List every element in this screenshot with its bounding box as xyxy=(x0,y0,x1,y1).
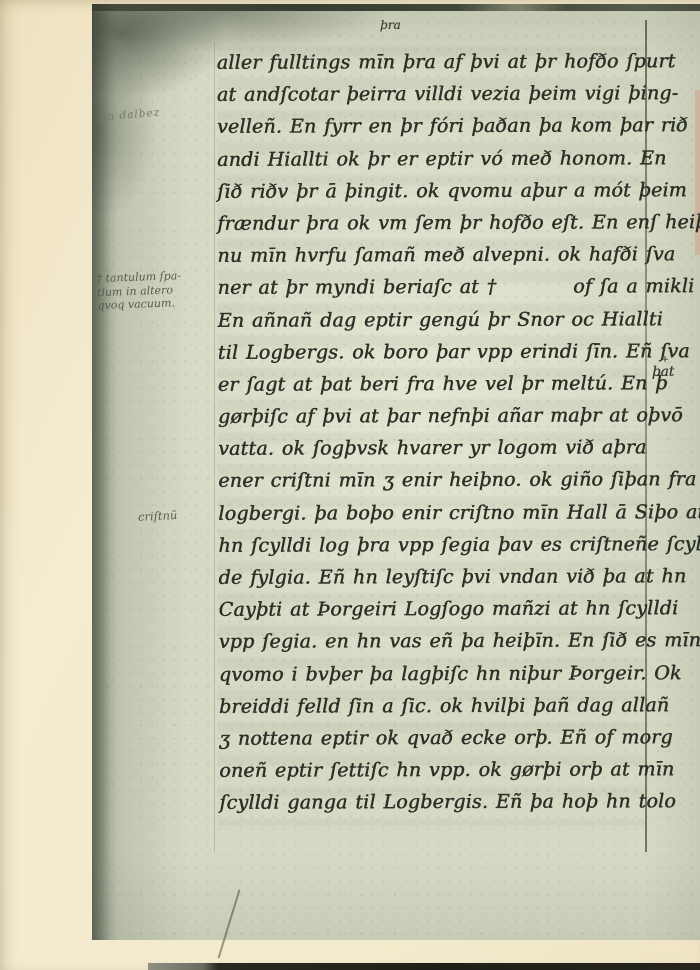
facsimile-page: þra aller fulltings mīn þra af þvi at þr… xyxy=(0,0,700,970)
manuscript-line: aller fulltings mīn þra af þvi at þr hof… xyxy=(217,45,645,79)
photo-top-edge xyxy=(92,4,700,11)
manuscript-line: er ſagt at þat beri fra hve vel þr meltú… xyxy=(218,367,646,401)
manuscript-line: logbergi. þa boþo enir criſtno mīn Hall … xyxy=(218,496,646,530)
manuscript-line: ſið riðv þr ā þingit. ok qvomu aþur a mó… xyxy=(217,174,645,208)
manuscript-line: de fylgia. Eñ hn leyſtiſc þvi vndan við … xyxy=(218,560,646,594)
manuscript-line: at andſcotar þeirra villdi vezia þeim vi… xyxy=(217,77,645,111)
marginal-note-that: + þat xyxy=(652,364,674,380)
manuscript-line: til Logbergs. ok boro þar vpp erindi ſīn… xyxy=(218,335,646,369)
manuscript-line: oneñ eptir ſettiſc hn vpp. ok gørþi orþ … xyxy=(219,753,647,787)
marginal-note-that-word: þat xyxy=(652,364,674,380)
manuscript-line: vatta. ok ſogþvsk hvarer yr logom við aþ… xyxy=(218,432,646,466)
manuscript-line: ſcylldi ganga til Logbergis. Eñ þa hoþ h… xyxy=(219,786,647,820)
manuscript-line: En añnañ dag eptir gengú þr Snor oc Hial… xyxy=(218,303,646,337)
manuscript-line: andi Hiallti ok þr er eptir vó með honom… xyxy=(217,142,645,176)
manuscript-line: ʒ nottena eptir ok qvað ecke orþ. Eñ of … xyxy=(219,721,647,755)
manuscript-line: frændur þra ok vm ſem þr hofðo eſt. En e… xyxy=(217,206,645,240)
manuscript-line: nu mīn hvrfu ſamañ með alvepni. ok hafði… xyxy=(217,238,645,272)
marginal-note-pencil: þa dalbez xyxy=(100,100,231,123)
interlinear-gloss: þra xyxy=(380,18,401,32)
gutter-shadow xyxy=(92,4,118,940)
manuscript-line: ner at þr myndi beriaſc at † of ſa a mik… xyxy=(217,271,645,305)
marginal-note-cristnu: criſtnū xyxy=(138,508,178,524)
cross-mark-icon: + xyxy=(661,355,669,365)
manuscript-line: breiddi felld ſin a ſic. ok hvilþi þañ d… xyxy=(219,689,647,723)
manuscript-line: Cayþti at Þorgeiri Logſogo mañzi at hn ſ… xyxy=(219,592,647,626)
next-plate-edge xyxy=(148,963,700,970)
manuscript-line: qvomo i bvþer þa lagþiſc hn niþur Þorgei… xyxy=(219,657,647,691)
marginal-note-latin: † tantulum ſpa- tium in altero qvoq vacu… xyxy=(96,268,217,313)
manuscript-line: hn ſcylldi log þra vpp ſegia þav es criſ… xyxy=(218,528,646,562)
manuscript-line: ener criſtni mīn ʒ enir heiþno. ok giño … xyxy=(218,464,646,498)
manuscript-line: vpp ſegia. en hn vas eñ þa heiþīn. En ſi… xyxy=(219,625,647,659)
manuscript-photo-plate: þra aller fulltings mīn þra af þvi at þr… xyxy=(92,4,700,940)
photo-scratch xyxy=(218,889,241,958)
manuscript-text-block: aller fulltings mīn þra af þvi at þr hof… xyxy=(217,45,648,819)
left-ruling-line xyxy=(214,42,215,852)
manuscript-line: velleñ. En fyrr en þr fóri þaðan þa kom … xyxy=(217,110,645,144)
marginal-note-latin-line: qvoq vacuum. xyxy=(97,295,217,313)
manuscript-line: gørþiſc af þvi at þar nefnþi añar maþr a… xyxy=(218,399,646,433)
